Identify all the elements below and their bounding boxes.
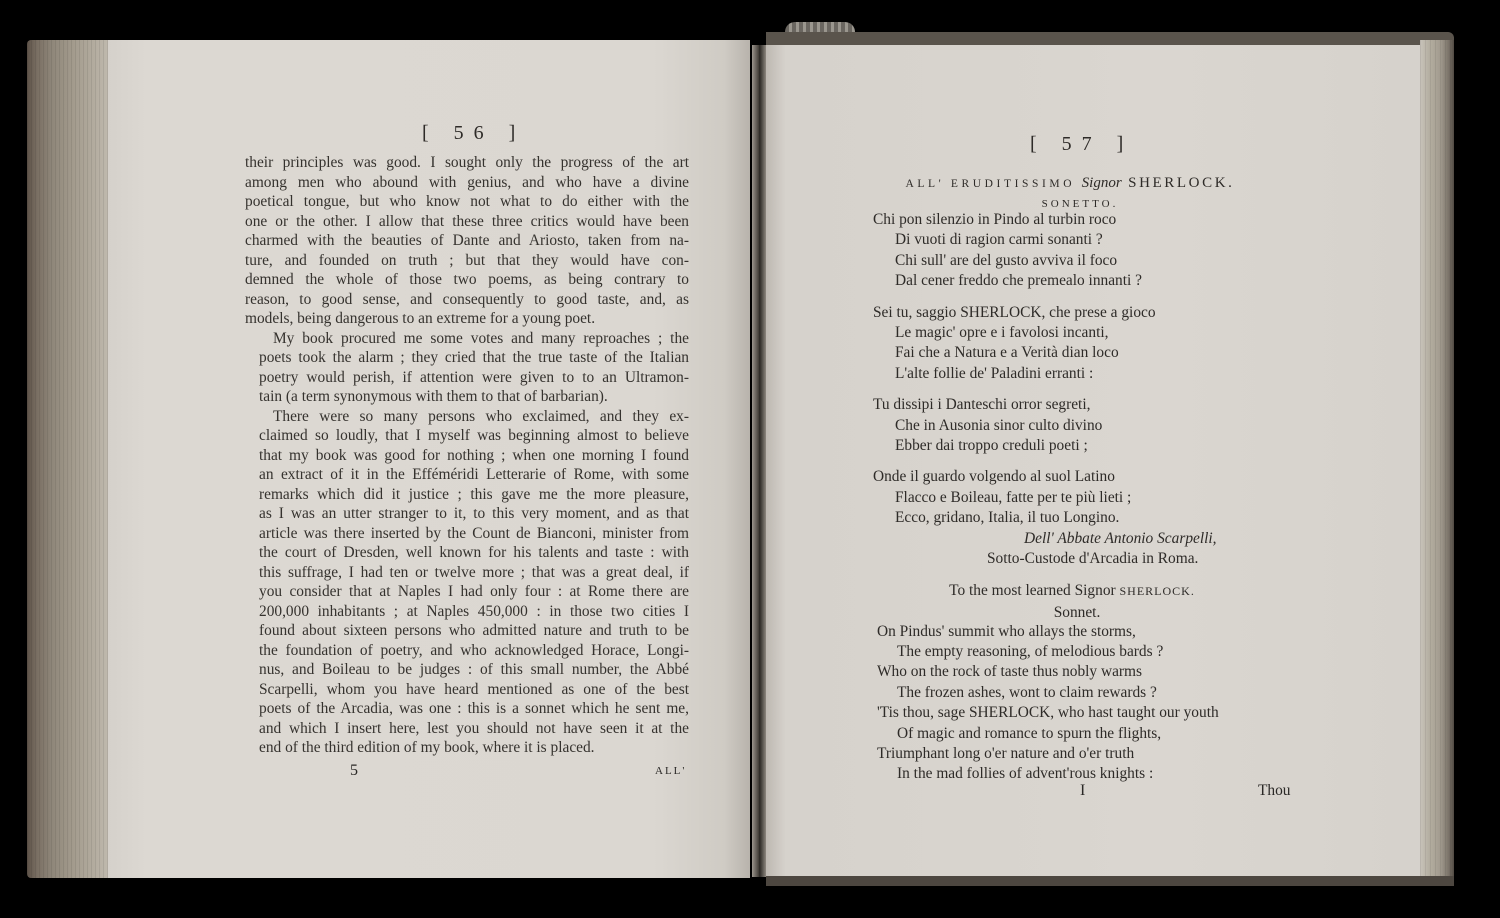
- text-line: nus, and Boileau to be judges : of this …: [245, 660, 689, 680]
- left-catchword: ALL': [655, 765, 686, 777]
- left-signature-mark: 5: [350, 762, 358, 780]
- text-line: one or the other. I allow that these thr…: [245, 212, 689, 232]
- verse-line: Chi pon silenzio in Pindo al turbin roco: [873, 210, 1300, 230]
- text-line: demned the whole of those two poems, as …: [245, 270, 689, 290]
- text-line: end of the third edition of my book, whe…: [245, 738, 689, 758]
- text-line: that my book was good for nothing ; when…: [245, 446, 689, 466]
- english-title-prefix: To the most learned Signor: [949, 582, 1115, 599]
- text-line: the foundation of poetry, and who acknow…: [245, 641, 689, 661]
- credit-author: Dell' Abbate Antonio Scarpelli,: [830, 529, 1300, 549]
- text-line: this suffrage, I had ten or twelve more …: [245, 563, 689, 583]
- english-subtitle: Sonnet.: [854, 604, 1300, 622]
- left-page-body: their principles was good. I sought only…: [245, 153, 689, 758]
- text-line: and which I insert here, lest you should…: [245, 719, 689, 739]
- verse-line: 'Tis thou, sage SHERLOCK, who hast taugh…: [877, 703, 1300, 723]
- text-line: you consider that at Naples I had only f…: [245, 582, 689, 602]
- verse-line: Tu dissipi i Danteschi orror segreti,: [873, 395, 1300, 415]
- text-line: My book procured me some votes and many …: [245, 329, 689, 349]
- right-cover-bottom-edge: [766, 876, 1454, 886]
- paragraph: There were so many persons who exclaimed…: [245, 407, 689, 758]
- text-line: among men who abound with genius, and wh…: [245, 173, 689, 193]
- text-line: article was there inserted by the Count …: [245, 524, 689, 544]
- text-line: 200,000 inhabitants ; at Naples 450,000 …: [245, 602, 689, 622]
- text-line: as I was an utter stranger to it, to thi…: [245, 504, 689, 524]
- left-page-block-edge: [27, 40, 111, 878]
- verse-line: In the mad follies of advent'rous knight…: [877, 764, 1300, 784]
- verse-line: L'alte follie de' Paladini erranti :: [873, 364, 1300, 384]
- text-line: tain (a term synonymous with them to tha…: [245, 387, 689, 407]
- text-line: Scarpelli, whom you have heard mentioned…: [245, 680, 689, 700]
- verse-line: Ecco, gridano, Italia, il tuo Longino.: [873, 508, 1300, 528]
- text-line: their principles was good. I sought only…: [245, 153, 689, 173]
- sonetto-heading: SONETTO.: [860, 198, 1300, 210]
- book-gutter: [752, 45, 766, 877]
- paragraph: their principles was good. I sought only…: [245, 153, 689, 329]
- dedication-name: SHERLOCK.: [1128, 175, 1234, 191]
- text-line: There were so many persons who exclaimed…: [245, 407, 689, 427]
- text-line: poets took the alarm ; they cried that t…: [245, 348, 689, 368]
- english-sonnet: On Pindus' summit who allays the storms,…: [877, 622, 1300, 785]
- dedication-italic: Signor: [1082, 175, 1122, 191]
- verse-line: Le magic' opre e i favolosi incanti,: [873, 323, 1300, 343]
- credit-title: Sotto-Custode d'Arcadia in Roma.: [830, 549, 1300, 569]
- text-line: the court of Dresden, well known for his…: [245, 543, 689, 563]
- verse-line: Chi sull' are del gusto avviva il foco: [873, 251, 1300, 271]
- text-line: poetry would perish, if attention were g…: [245, 368, 689, 388]
- verse-line: Ebber dai troppo creduli poeti ;: [873, 436, 1300, 456]
- verse-line: Fai che a Natura e a Verità dian loco: [873, 343, 1300, 363]
- verse-line: Who on the rock of taste thus nobly warm…: [877, 662, 1300, 682]
- dedication-heading: ALL' ERUDITISSIMO Signor SHERLOCK.: [840, 175, 1300, 192]
- right-signature-mark: I: [1080, 782, 1085, 800]
- verse-line: Onde il guardo volgendo al suol Latino: [873, 467, 1300, 487]
- verse-line: Of magic and romance to spurn the flight…: [877, 724, 1300, 744]
- text-line: an extract of it in the Efféméridi Lette…: [245, 465, 689, 485]
- right-catchword: Thou: [1258, 782, 1291, 800]
- text-line: ture, and founded on truth ; but that th…: [245, 251, 689, 271]
- right-cover-top-edge: [766, 32, 1454, 46]
- dedication-prefix: ALL' ERUDITISSIMO: [906, 178, 1076, 190]
- open-book: [ 56 ] their principles was good. I soug…: [0, 0, 1500, 918]
- right-page-number: [ 57 ]: [1030, 133, 1133, 156]
- verse-line: Di vuoti di ragion carmi sonanti ?: [873, 230, 1300, 250]
- english-title: To the most learned Signor SHERLOCK.: [844, 582, 1300, 600]
- english-title-name: SHERLOCK.: [1120, 584, 1195, 598]
- text-line: reason, to good sense, and consequently …: [245, 290, 689, 310]
- verse-line: Flacco e Boileau, fatte per te più lieti…: [873, 488, 1300, 508]
- verse-line: On Pindus' summit who allays the storms,: [877, 622, 1300, 642]
- paragraph: My book procured me some votes and many …: [245, 329, 689, 407]
- text-line: claimed so loudly, that I myself was beg…: [245, 426, 689, 446]
- text-line: poetical tongue, but who know not what t…: [245, 192, 689, 212]
- text-line: models, being dangerous to an extreme fo…: [245, 309, 689, 329]
- italian-sonnet: Chi pon silenzio in Pindo al turbin roco…: [873, 210, 1300, 529]
- text-line: found about sixteen persons who admitted…: [245, 621, 689, 641]
- sonnet-credit: Dell' Abbate Antonio Scarpelli, Sotto-Cu…: [830, 529, 1300, 570]
- verse-line: Dal cener freddo che premealo innanti ?: [873, 271, 1300, 291]
- right-page-block-edge: [1420, 40, 1454, 876]
- text-line: remarks which did it justice ; this gave…: [245, 485, 689, 505]
- verse-line: The empty reasoning, of melodious bards …: [877, 642, 1300, 662]
- verse-line: Sei tu, saggio SHERLOCK, che prese a gio…: [873, 303, 1300, 323]
- verse-line: Che in Ausonia sinor culto divino: [873, 416, 1300, 436]
- right-page-body: ALL' ERUDITISSIMO Signor SHERLOCK. SONET…: [830, 175, 1300, 785]
- text-line: charmed with the beauties of Dante and A…: [245, 231, 689, 251]
- left-page-number: [ 56 ]: [422, 122, 525, 145]
- verse-line: The frozen ashes, wont to claim rewards …: [877, 683, 1300, 703]
- verse-line: Triumphant long o'er nature and o'er tru…: [877, 744, 1300, 764]
- text-line: poets of the Arcadia, was one : this is …: [245, 699, 689, 719]
